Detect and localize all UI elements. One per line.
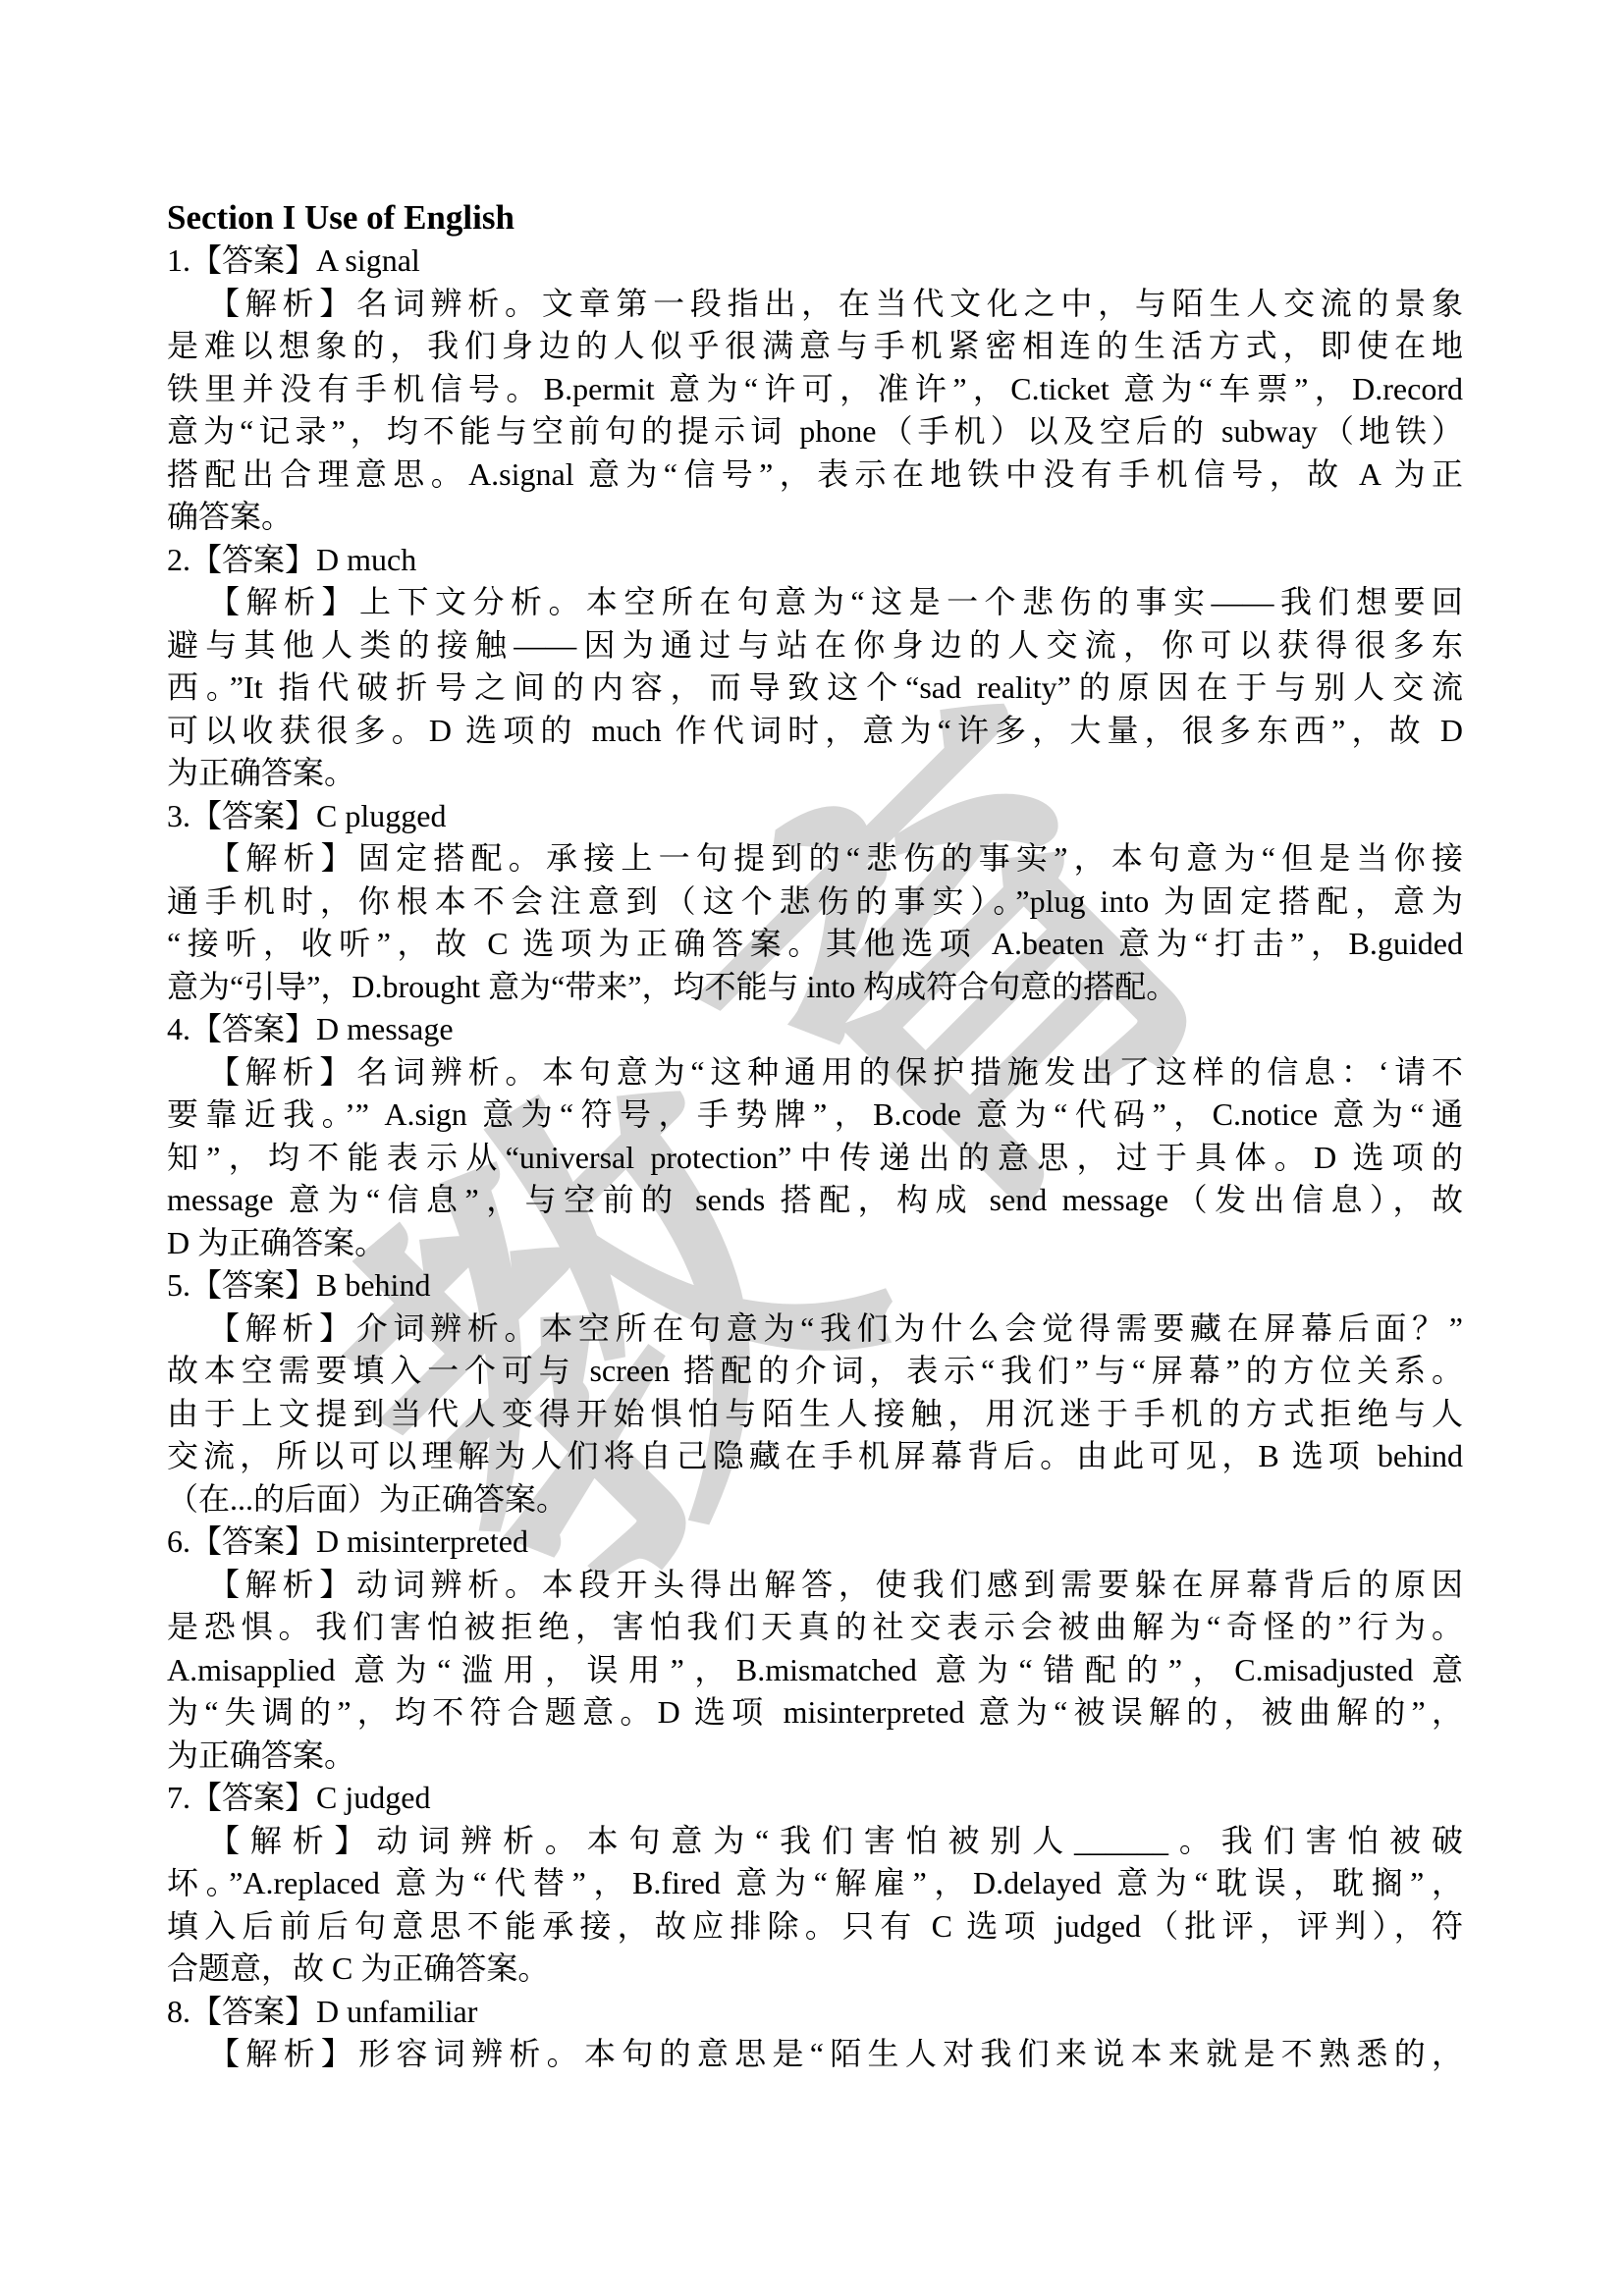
- explanation-line: 为“失调的”，均不符合题意。D 选项 misinterpreted 意为“被误解…: [167, 1691, 1463, 1735]
- answer-item-6: 6.【答案】D misinterpreted【解析】动词辨析。本段开头得出解答，…: [167, 1521, 1463, 1777]
- explanation-line: 合题意，故 C 为正确答案。: [167, 1948, 1463, 1991]
- explanation-line: A.misapplied 意为“滥用，误用”，B.mismatched 意为“错…: [167, 1649, 1463, 1692]
- explanation-line: （在...的后面）为正确答案。: [167, 1478, 1463, 1522]
- explanation-line: 通手机时，你根本不会注意到（这个悲伤的事实）。”plug into 为固定搭配，…: [167, 881, 1463, 924]
- explanation-line: 填入后前后句意思不能承接，故应排除。只有 C 选项 judged（批评，评判），…: [167, 1905, 1463, 1949]
- explanation-line: 避与其他人类的接触——因为通过与站在你身边的人交流，你可以获得很多东: [167, 624, 1463, 667]
- answer-item-4: 4.【答案】D message【解析】名词辨析。本句意为“这种通用的保护措施发出…: [167, 1008, 1463, 1264]
- answer-line: 6.【答案】D misinterpreted: [167, 1521, 1463, 1564]
- explanation-line: 是难以想象的，我们身边的人似乎很满意与手机紧密相连的生活方式，即使在地: [167, 325, 1463, 368]
- explanation-line: 【解析】名词辨析。本句意为“这种通用的保护措施发出了这样的信息：‘请不: [167, 1051, 1463, 1095]
- explanation-line: 为正确答案。: [167, 1735, 1463, 1778]
- answer-item-3: 3.【答案】C plugged【解析】固定搭配。承接上一句提到的“悲伤的事实”，…: [167, 795, 1463, 1009]
- explanation-line: 是恐惧。我们害怕被拒绝，害怕我们天真的社交表示会被曲解为“奇怪的”行为。: [167, 1606, 1463, 1649]
- answer-item-2: 2.【答案】D much【解析】上下文分析。本空所在句意为“这是一个悲伤的事实—…: [167, 539, 1463, 795]
- explanation-line: 意为“记录”，均不能与空前句的提示词 phone（手机）以及空后的 subway…: [167, 410, 1463, 454]
- explanation-line: message 意为“信息”，与空前的 sends 搭配，构成 send mes…: [167, 1179, 1463, 1222]
- explanation-line: 为正确答案。: [167, 752, 1463, 795]
- explanation-line: 【解析】介词辨析。本空所在句意为“我们为什么会觉得需要藏在屏幕后面？”: [167, 1308, 1463, 1351]
- answer-line: 7.【答案】C judged: [167, 1777, 1463, 1820]
- section-title: Section I Use of English: [167, 196, 1463, 240]
- answer-key-content: Section I Use of English 1.【答案】A signal【…: [0, 0, 1624, 2076]
- explanation-line: 交流，所以可以理解为人们将自己隐藏在手机屏幕背后。由此可见，B 选项 behin…: [167, 1435, 1463, 1478]
- answer-item-8: 8.【答案】D unfamiliar【解析】形容词辨析。本句的意思是“陌生人对我…: [167, 1991, 1463, 2076]
- explanation-line: 坏。”A.replaced 意为“代替”，B.fired 意为“解雇”，D.de…: [167, 1862, 1463, 1905]
- explanation-line: 故本空需要填入一个可与 screen 搭配的介词，表示“我们”与“屏幕”的方位关…: [167, 1350, 1463, 1393]
- explanation-line: 可以收获很多。D 选项的 much 作代词时，意为“许多，大量，很多东西”，故 …: [167, 710, 1463, 753]
- answer-line: 8.【答案】D unfamiliar: [167, 1991, 1463, 2034]
- explanation-line: 要靠近我。’” A.sign 意为“符号，手势牌”，B.code 意为“代码”，…: [167, 1094, 1463, 1137]
- answer-line: 4.【答案】D message: [167, 1008, 1463, 1051]
- answer-line: 2.【答案】D much: [167, 539, 1463, 582]
- explanation-line: 【解析】上下文分析。本空所在句意为“这是一个悲伤的事实——我们想要回: [167, 581, 1463, 624]
- answer-item-1: 1.【答案】A signal【解析】名词辨析。文章第一段指出，在当代文化之中，与…: [167, 240, 1463, 539]
- document-page: 教育 Section I Use of English 1.【答案】A sign…: [0, 0, 1624, 2296]
- explanation-line: 【解析】动词辨析。本句意为“我们害怕被别人______。我们害怕被破: [167, 1820, 1463, 1863]
- explanation-line: 确答案。: [167, 496, 1463, 539]
- answer-item-5: 5.【答案】B behind【解析】介词辨析。本空所在句意为“我们为什么会觉得需…: [167, 1264, 1463, 1521]
- answer-items-list: 1.【答案】A signal【解析】名词辨析。文章第一段指出，在当代文化之中，与…: [167, 240, 1463, 2076]
- explanation-line: D 为正确答案。: [167, 1222, 1463, 1265]
- answer-line: 3.【答案】C plugged: [167, 795, 1463, 838]
- explanation-line: 【解析】形容词辨析。本句的意思是“陌生人对我们来说本来就是不熟悉的，: [167, 2033, 1463, 2076]
- explanation-line: 意为“引导”，D.brought 意为“带来”，均不能与 into 构成符合句意…: [167, 966, 1463, 1009]
- explanation-line: “接听，收听”，故 C 选项为正确答案。其他选项 A.beaten 意为“打击”…: [167, 923, 1463, 966]
- explanation-line: 【解析】固定搭配。承接上一句提到的“悲伤的事实”，本句意为“但是当你接: [167, 837, 1463, 881]
- answer-line: 1.【答案】A signal: [167, 240, 1463, 283]
- explanation-line: 西。”It 指代破折号之间的内容，而导致这个“sad reality”的原因在于…: [167, 667, 1463, 710]
- explanation-line: 由于上文提到当代人变得开始惧怕与陌生人接触，用沉迷于手机的方式拒绝与人: [167, 1393, 1463, 1436]
- explanation-line: 铁里并没有手机信号。B.permit 意为“许可，准许”，C.ticket 意为…: [167, 368, 1463, 411]
- answer-line: 5.【答案】B behind: [167, 1264, 1463, 1308]
- explanation-line: 知”，均不能表示从“universal protection”中传递出的意思，过…: [167, 1137, 1463, 1180]
- explanation-line: 【解析】动词辨析。本段开头得出解答，使我们感到需要躲在屏幕背后的原因: [167, 1564, 1463, 1607]
- explanation-line: 【解析】名词辨析。文章第一段指出，在当代文化之中，与陌生人交流的景象: [167, 283, 1463, 326]
- explanation-line: 搭配出合理意思。A.signal 意为“信号”，表示在地铁中没有手机信号，故 A…: [167, 454, 1463, 497]
- answer-item-7: 7.【答案】C judged【解析】动词辨析。本句意为“我们害怕被别人_____…: [167, 1777, 1463, 1991]
